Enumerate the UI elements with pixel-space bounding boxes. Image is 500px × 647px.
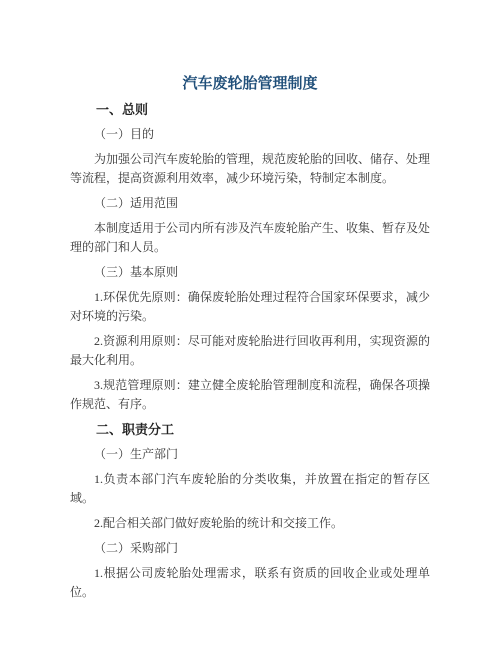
paragraph-purchasing-duty-1: 1.根据公司废轮胎处理需求，联系有资质的回收企业或处理单位。 [70,564,430,602]
paragraph-production-duty-1: 1.负责本部门汽车废轮胎的分类收集，并放置在指定的暂存区域。 [70,470,430,508]
paragraph-principle-3: 3.规范管理原则：建立健全废轮胎管理制度和流程，确保各项操作规范、有序。 [70,376,430,414]
subheading-scope: （二）适用范围 [70,194,430,213]
paragraph-principle-2: 2.资源利用原则：尽可能对废轮胎进行回收再利用，实现资源的最大化利用。 [70,332,430,370]
section-heading-duties: 二、职责分工 [70,420,430,439]
paragraph-purpose: 为加强公司汽车废轮胎的管理，规范废轮胎的回收、储存、处理等流程，提高资源利用效率… [70,150,430,188]
subheading-purpose: （一）目的 [70,125,430,144]
paragraph-scope: 本制度适用于公司内所有涉及汽车废轮胎产生、收集、暂存及处理的部门和人员。 [70,219,430,257]
subheading-production-dept: （一）生产部门 [70,445,430,464]
subheading-basic-principles: （三）基本原则 [70,263,430,282]
document-title: 汽车废轮胎管理制度 [70,74,430,95]
paragraph-principle-1: 1.环保优先原则：确保废轮胎处理过程符合国家环保要求，减少对环境的污染。 [70,288,430,326]
section-heading-general-rules: 一、总则 [70,100,430,119]
paragraph-production-duty-2: 2.配合相关部门做好废轮胎的统计和交接工作。 [70,514,430,533]
subheading-purchasing-dept: （二）采购部门 [70,539,430,558]
document-page: 汽车废轮胎管理制度 一、总则 （一）目的 为加强公司汽车废轮胎的管理，规范废轮胎… [0,0,500,647]
